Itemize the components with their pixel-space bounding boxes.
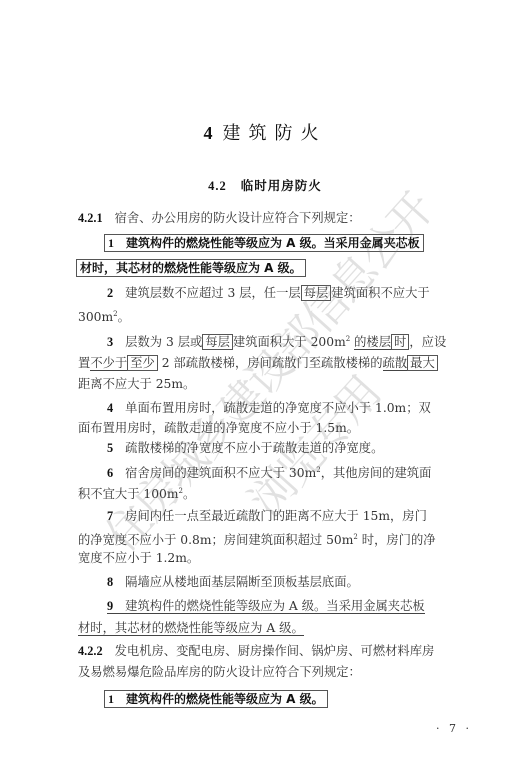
clause-4-2-2-item-1: 1建筑构件的燃烧性能等级应为 A 级。: [104, 691, 474, 707]
item-3-line-a: 3层数为 3 层或每层建筑面积大于 200m2 的楼层时，应设: [107, 331, 477, 350]
section-title-text: 临时用房防火: [241, 178, 322, 193]
boxed-word: 时: [391, 334, 409, 350]
item-7-line-c: 宽度不应小于 1.2m。: [78, 550, 448, 566]
underlined-word: 的楼层: [354, 335, 391, 350]
item-7-line-a: 7房间内任一点至最近疏散门的距离不应大于 15m，房门: [107, 508, 477, 524]
underlined-word: 不少于: [90, 356, 127, 371]
section-title: 4.2临时用房防火: [0, 176, 530, 194]
item-2-line-a: 2建筑层数不应超过 3 层，任一层每层建筑面积不应大于: [107, 285, 477, 301]
boxed-word: 至少: [127, 355, 158, 371]
clause-4-2-1-intro: 4.2.1宿舍、办公用房的防火设计应符合下列规定：: [78, 210, 448, 226]
item-7-line-b: 的净宽度不应小于 0.8m；房间建筑面积超过 50m2 时，房门的净: [78, 529, 448, 548]
item-8: 8隔墙应从楼地面基层隔断至顶板基层底面。: [107, 574, 477, 590]
item-5: 5疏散楼梯的净宽度不应小于疏散走道的净宽度。: [107, 440, 477, 456]
item-4-line-b: 面布置用房时，疏散走道的净宽度不应小于 1.5m。: [78, 420, 448, 436]
clause-4-2-2-intro-b: 及易燃易爆危险品库房的防火设计应符合下列规定：: [78, 664, 448, 680]
section-number: 4.2: [208, 179, 227, 193]
item-9-line-b: 材时，其芯材的燃烧性能等级应为 A 级。: [78, 620, 448, 636]
clause-text: 发电机房、变配电房、厨房操作间、锅炉房、可燃材料库房: [115, 644, 435, 658]
item-4-line-a: 4单面布置用房时，疏散走道的净宽度不应小于 1.0m；双: [107, 400, 477, 416]
clause-4-2-2-intro-a: 4.2.2发电机房、变配电房、厨房操作间、锅炉房、可燃材料库房: [78, 643, 448, 659]
item-1-line-a: 1建筑构件的燃烧性能等级应为 A 级。当采用金属夹芯板: [104, 235, 474, 251]
boxed-word: 最大: [407, 355, 438, 371]
clause-text: 宿舍、办公用房的防火设计应符合下列规定：: [115, 211, 361, 225]
chapter-number: 4: [204, 123, 213, 143]
item-1-line-b: 材时，其芯材的燃烧性能等级应为 A 级。: [76, 260, 446, 276]
clause-number: 4.2.1: [78, 211, 103, 225]
document-page: 4建筑防火 4.2临时用房防火 4.2.1宿舍、办公用房的防火设计应符合下列规定…: [0, 0, 530, 768]
item-3-line-c: 距离不应大于 25m。: [78, 376, 448, 392]
boxed-text: 1建筑构件的燃烧性能等级应为 A 级。: [104, 690, 328, 708]
item-9-line-a: 9建筑构件的燃烧性能等级应为 A 级。当采用金属夹芯板: [107, 598, 477, 614]
underlined-text: 9建筑构件的燃烧性能等级应为 A 级。当采用金属夹芯板: [107, 599, 425, 614]
clause-number: 4.2.2: [78, 644, 103, 658]
item-6-line-a: 6宿舍房间的建筑面积不应大于 30m2，其他房间的建筑面: [107, 462, 477, 481]
boxed-word: 每层: [301, 285, 332, 301]
chapter-title: 4建筑防火: [0, 119, 530, 145]
chapter-title-text: 建筑防火: [223, 123, 327, 144]
boxed-word: 每层: [202, 334, 233, 350]
page-number: · 7 ·: [436, 722, 472, 735]
boxed-text: 1建筑构件的燃烧性能等级应为 A 级。当采用金属夹芯板: [104, 234, 424, 252]
item-2-line-b: 300m2。: [78, 306, 448, 325]
underlined-text: 材时，其芯材的燃烧性能等级应为 A 级。: [78, 621, 304, 636]
item-6-line-b: 积不宜大于 100m2。: [78, 483, 448, 502]
boxed-text: 材时，其芯材的燃烧性能等级应为 A 级。: [76, 259, 306, 277]
item-3-line-b: 置不少于至少 2 部疏散楼梯，房间疏散门至疏散楼梯的疏散最大: [78, 355, 448, 371]
underlined-word: 疏散: [383, 356, 408, 371]
